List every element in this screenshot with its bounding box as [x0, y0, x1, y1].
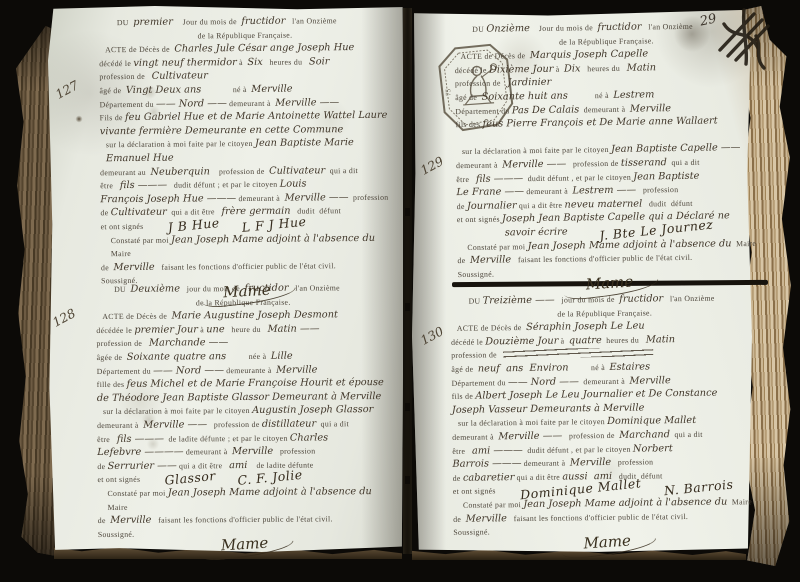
form-line: demeurant au Neuberquin profession de Cu… — [100, 162, 392, 178]
printed-text: profession — [636, 185, 678, 195]
printed-text: décédée le — [96, 326, 134, 335]
printed-text: l'an Onzième — [285, 16, 336, 25]
handwritten-text: Louis — [280, 179, 307, 190]
handwritten-text: —— Nord —— — [508, 376, 579, 388]
printed-text: profession — [273, 447, 315, 456]
ink-scribble-icon — [712, 6, 778, 80]
handwritten-text: Soir — [309, 56, 330, 67]
handwritten-text: ami ——— — [472, 445, 523, 457]
printed-text: profession de — [451, 351, 504, 361]
printed-text: heure du — [225, 325, 268, 334]
handwritten-text: Norbert — [633, 443, 673, 454]
printed-text: profession de — [207, 420, 262, 429]
handwritten-text: Merville — [570, 457, 611, 469]
handwritten-text: Séraphin Joseph Le Leu — [526, 321, 645, 333]
handwritten-text: Onzième — [486, 23, 530, 35]
printed-text: né à — [201, 85, 251, 94]
printed-text: ACTE de Décès de — [461, 51, 530, 61]
printed-text: être — [100, 181, 120, 190]
handwritten-text: distillateur — [262, 418, 316, 429]
handwritten-text: premier — [133, 17, 176, 28]
printed-text: DU — [114, 285, 130, 294]
handwritten-text: Merville — [251, 84, 292, 95]
death-act-128: DU Deuxième jour du mois de fructidor l'… — [96, 280, 392, 552]
handwritten-text: Merville — [232, 446, 273, 457]
register-book: 75 DU premier Jour du mois de fructidor … — [0, 0, 800, 582]
printed-text: demeurant à — [524, 187, 572, 197]
handwritten-text: Marchand — [619, 429, 670, 441]
printed-text: ACTE de Décès de — [105, 45, 174, 55]
handwritten-text: Charles — [290, 432, 328, 443]
handwritten-text: Marchande —— — [149, 337, 228, 349]
printed-text: demeurant à — [236, 193, 284, 202]
handwritten-text: Cultivateur — [152, 71, 208, 82]
printed-text: né à — [568, 363, 609, 372]
signature: J B Hue — [167, 217, 220, 234]
crossed-out-entry — [504, 348, 654, 359]
printed-text: âgé de — [99, 86, 126, 95]
handwritten-text: Merville —— — [284, 192, 348, 204]
printed-text: l'an Onzième — [663, 294, 714, 304]
printed-text: qui a dit être — [517, 200, 565, 210]
handwritten-text: Jean Baptiste Capelle —— — [611, 142, 741, 155]
svg-text:75: 75 — [444, 88, 452, 96]
handwritten-text: Estaires — [609, 361, 650, 372]
printed-text: qui a dit être — [514, 472, 562, 482]
printed-text: heures du — [580, 64, 626, 74]
handwritten-text: Merville — [276, 364, 317, 375]
printed-text: et ont signés — [101, 222, 146, 231]
printed-text: à — [237, 58, 248, 67]
printed-text: Département du — [97, 366, 154, 375]
handwritten-text: quatre — [569, 335, 602, 346]
printed-text: de — [457, 256, 470, 265]
printed-text: de — [101, 263, 114, 272]
handwritten-text: Douzième Jour — [485, 335, 558, 347]
printed-text: fille des — [97, 380, 127, 389]
printed-text: décédé le — [451, 337, 485, 346]
printed-text: Département du — [100, 99, 157, 108]
printed-text: de — [97, 462, 107, 471]
official-signature: Mame — [207, 537, 283, 553]
form-line: Constaté par moi Jean Joseph Mame adjoin… — [101, 230, 393, 260]
handwritten-text: Vingt Deux ans — [126, 84, 202, 96]
handwritten-text: fructidor — [244, 283, 288, 294]
printed-text: DU — [117, 18, 133, 27]
printed-text: Maire — [727, 497, 752, 506]
printed-text: de — [453, 473, 463, 482]
handwritten-text: vingt neuf thermidor — [133, 57, 237, 69]
printed-text: sur la déclaration à moi faite par le ci… — [458, 417, 607, 428]
official-signature: Mame — [572, 276, 648, 293]
printed-text: demeurant à — [452, 432, 498, 442]
printed-text: à — [553, 64, 564, 73]
handwritten-text: Albert Joseph Le Leu Journalier et De Co… — [475, 388, 717, 402]
handwritten-text: Six — [247, 57, 262, 68]
handwritten-text: feu Gabriel Hue et de Marie Antoinette W… — [125, 110, 387, 123]
handwritten-text: fructidor — [619, 293, 663, 305]
printed-text: de — [100, 208, 110, 217]
printed-text: de ladite défunte ; et par le citoyen — [164, 433, 290, 443]
handwritten-text: fils ——— — [120, 180, 167, 191]
printed-text: demeurant à — [456, 160, 502, 170]
printed-text: profession de — [99, 72, 152, 81]
handwritten-text: Lestrem — [613, 89, 654, 101]
printed-text: et ont signés — [453, 487, 498, 497]
handwritten-text: Charles Jule César ange Joseph Hue — [174, 42, 354, 55]
printed-text: profession de — [562, 431, 619, 441]
printed-text: Constaté par moi — [111, 235, 171, 245]
handwritten-text: Jardinier — [507, 77, 551, 89]
printed-text: Soussigné. — [458, 269, 495, 279]
form-line: Fils de feu Gabriel Hue et de Marie Anto… — [100, 108, 392, 124]
handwritten-text: Merville —— — [498, 430, 562, 442]
printed-text: née à — [226, 352, 271, 361]
handwritten-text: Marquis Joseph Capelle — [530, 49, 648, 62]
handwritten-text: Jean Joseph Mame adjoint à l'absence du — [168, 486, 372, 498]
handwritten-text: Barrois ——— — [452, 458, 521, 470]
printed-text: être — [97, 434, 117, 443]
printed-text: de — [98, 516, 111, 525]
handwritten-text: fils ——— — [117, 433, 164, 444]
handwritten-text: Jean Joseph Mame adjoint à l'absence du — [171, 232, 375, 245]
printed-text: heures du — [263, 57, 309, 66]
form-line: Mame — [98, 538, 392, 552]
printed-text: faisant les fonctions d'officier public … — [511, 253, 692, 265]
printed-text: DU — [472, 25, 486, 34]
handwritten-text: Deuxième — [130, 283, 180, 294]
handwritten-text: Merville — [629, 375, 670, 387]
printed-text: et ont signés — [97, 475, 142, 484]
printed-text: qui a dit — [670, 430, 703, 439]
handwritten-text: Merville —— — [275, 97, 339, 109]
printed-text: et ont signés — [457, 215, 502, 225]
handwritten-text: feus Michel et de Marie Françoise Hourit… — [127, 377, 384, 390]
handwritten-text: neveu maternel — [564, 198, 642, 210]
printed-text: profession de — [210, 166, 269, 176]
printed-text: de la République Française. — [559, 36, 654, 46]
printed-text: dudit défunt ; et par le citoyen — [167, 180, 280, 190]
printed-text: à — [558, 336, 569, 345]
printed-text: qui a dit — [316, 419, 349, 428]
printed-text: dudit défunt , et par le citoyen — [523, 172, 633, 183]
printed-text: jour du mois de — [555, 295, 620, 305]
death-act-127: DU premier Jour du mois de fructidor l'a… — [99, 13, 393, 299]
printed-text: de la République Française. — [198, 30, 293, 40]
handwritten-text: Jean Baptiste — [633, 170, 699, 182]
form-line: Constaté par moi Jean Joseph Mame adjoin… — [97, 484, 391, 513]
handwritten-text: Neuberquin — [150, 166, 210, 178]
printed-text: Soussigné. — [98, 529, 135, 538]
printed-text: fils de — [452, 392, 476, 401]
handwritten-text: Dominique Mallet — [607, 415, 696, 427]
handwritten-text: Dixième Jour — [489, 64, 554, 76]
printed-text: sur la déclaration à moi faite par le ci… — [103, 406, 252, 416]
printed-text: Maire — [731, 238, 756, 247]
binding-gutter — [403, 8, 412, 554]
handwritten-text: Lille — [271, 351, 293, 362]
printed-text: faisant les fonctions d'officier public … — [155, 261, 336, 272]
printed-text: Jour du mois de — [176, 17, 241, 27]
handwritten-text: François Joseph Hue ——— — [100, 193, 236, 205]
printed-text: âgée de — [97, 353, 127, 362]
printed-text: profession — [348, 192, 388, 201]
handwritten-text: Serrurier —— — [108, 460, 177, 471]
handwritten-text: savoir écrire — [505, 226, 577, 238]
handwritten-text: Journalier — [467, 200, 517, 212]
printed-text: l'an Onzième — [288, 283, 339, 292]
printed-text: de — [453, 514, 466, 523]
printed-text: demeurant à — [521, 459, 569, 469]
printed-text: demeurant à — [184, 447, 232, 456]
printed-text: demeurant à — [97, 421, 143, 430]
printed-text: demeurant à — [227, 98, 275, 107]
handwritten-text: —— Nord —— — [153, 365, 224, 376]
printed-text: heures du — [602, 335, 646, 345]
handwritten-text: Matin — [646, 334, 675, 345]
death-act-130: DU Treizième —— jour du mois de fructido… — [450, 290, 761, 550]
printed-text: âgé de — [455, 93, 482, 102]
printed-text: sur la déclaration à moi faite par le ci… — [462, 145, 611, 156]
handwritten-text: Merville — [630, 103, 671, 115]
printed-text: demeurant à — [579, 104, 630, 114]
printed-text: ACTE de Décès de — [102, 312, 171, 321]
printed-text: jour du mois de — [180, 284, 245, 293]
handwritten-text: fils ——— — [476, 173, 523, 185]
handwritten-text: Soixante quatre ans — [127, 351, 226, 363]
handwritten-text: Merville — [466, 513, 507, 525]
handwritten-text: Matin — [627, 62, 656, 73]
printed-text: Constaté par moi — [108, 488, 168, 497]
printed-text: profession de — [96, 339, 149, 348]
printed-text: Jour du mois de — [530, 23, 598, 33]
printed-text: de la République Française. — [557, 308, 652, 318]
handwritten-text: premier Jour — [134, 324, 198, 335]
printed-text: qui a dit — [325, 166, 358, 175]
printed-text: décédé le — [455, 65, 489, 74]
form-line: demeurant à Merville —— profession de di… — [97, 416, 391, 432]
handwritten-text: Merville — [470, 254, 511, 266]
printed-text: ACTE de Décès de — [457, 323, 526, 333]
printed-text: Fils de — [100, 113, 125, 122]
handwritten-text: Augustin Joseph Glassor — [252, 404, 373, 416]
handwritten-text: Matin —— — [268, 323, 320, 334]
handwritten-text: Lefebvre ———— — [97, 447, 183, 459]
handwritten-text: Merville —— — [143, 419, 207, 430]
printed-text: fils des — [456, 120, 483, 129]
printed-text: profession de — [455, 79, 508, 89]
printed-text: dudit défunt — [642, 199, 693, 209]
handwritten-text: Merville — [113, 261, 154, 272]
handwritten-text: —— Nord —— — [156, 98, 227, 110]
printed-text: faisant les fonctions d'officier public … — [151, 514, 332, 524]
printed-text: faisant les fonctions d'officier public … — [507, 512, 688, 523]
printed-text: Soussigné. — [453, 528, 490, 537]
handwritten-text: fructidor — [597, 22, 641, 34]
printed-text: âgé de — [451, 365, 478, 374]
printed-text: Département du — [455, 106, 512, 116]
handwritten-text: neuf ans Environ — [478, 362, 569, 374]
printed-text: être — [452, 446, 472, 455]
handwritten-text: une — [206, 324, 224, 335]
printed-text: à — [198, 325, 206, 334]
printed-text — [456, 134, 458, 143]
printed-text: demeurant au — [100, 167, 150, 176]
printed-text: DU — [468, 296, 482, 305]
handwritten-text: fructidor — [241, 16, 285, 27]
printed-text: être — [456, 174, 476, 183]
signature: Glassor — [164, 470, 216, 486]
printed-text: demeurant à — [579, 376, 630, 386]
printed-text: demeurante à — [224, 365, 276, 374]
printed-text: qui a dit — [667, 158, 700, 167]
handwritten-text: ami — [229, 460, 247, 471]
printed-text: de la République Française. — [196, 297, 291, 307]
printed-text: Département du — [451, 378, 508, 388]
printed-text: sur la déclaration à moi faite par le ci… — [106, 139, 255, 149]
printed-text: de — [457, 202, 467, 211]
official-signature: Mame — [569, 534, 645, 550]
handwritten-text: Dix — [564, 63, 581, 74]
handwritten-text: Merville — [110, 515, 151, 526]
handwritten-text: Treizième —— — [483, 295, 555, 307]
handwritten-text: Pas De Calais — [512, 104, 580, 116]
handwritten-text: Cultivateur — [111, 207, 167, 218]
printed-text: l'an Onzième — [641, 22, 692, 32]
handwritten-text: Le Frane —— — [456, 186, 524, 198]
handwritten-text: Marie Augustine Joseph Desmont — [172, 310, 338, 322]
printed-text: profession — [611, 458, 653, 468]
handwritten-text: Cultivateur — [269, 165, 325, 176]
handwritten-text: Merville —— — [502, 159, 566, 171]
form-line: sur la déclaration à moi faite par le ci… — [100, 135, 392, 165]
printed-text: dudit défunt , et par le citoyen — [523, 444, 633, 454]
handwritten-text: cabaretier — [463, 472, 515, 484]
handwritten-text: tisserand — [621, 157, 667, 169]
handwritten-text: Soixante huit ans — [482, 91, 568, 103]
printed-text: décédé le — [99, 59, 133, 68]
printed-text: profession de — [566, 159, 621, 169]
printed-text: né à — [568, 91, 614, 101]
printed-text: Constaté par moi — [463, 500, 523, 510]
form-line: ACTE de Décès de Charles Jule César ange… — [99, 40, 391, 56]
handwritten-text: Lestrem —— — [572, 185, 636, 197]
printed-text: Constaté par moi — [467, 242, 527, 252]
